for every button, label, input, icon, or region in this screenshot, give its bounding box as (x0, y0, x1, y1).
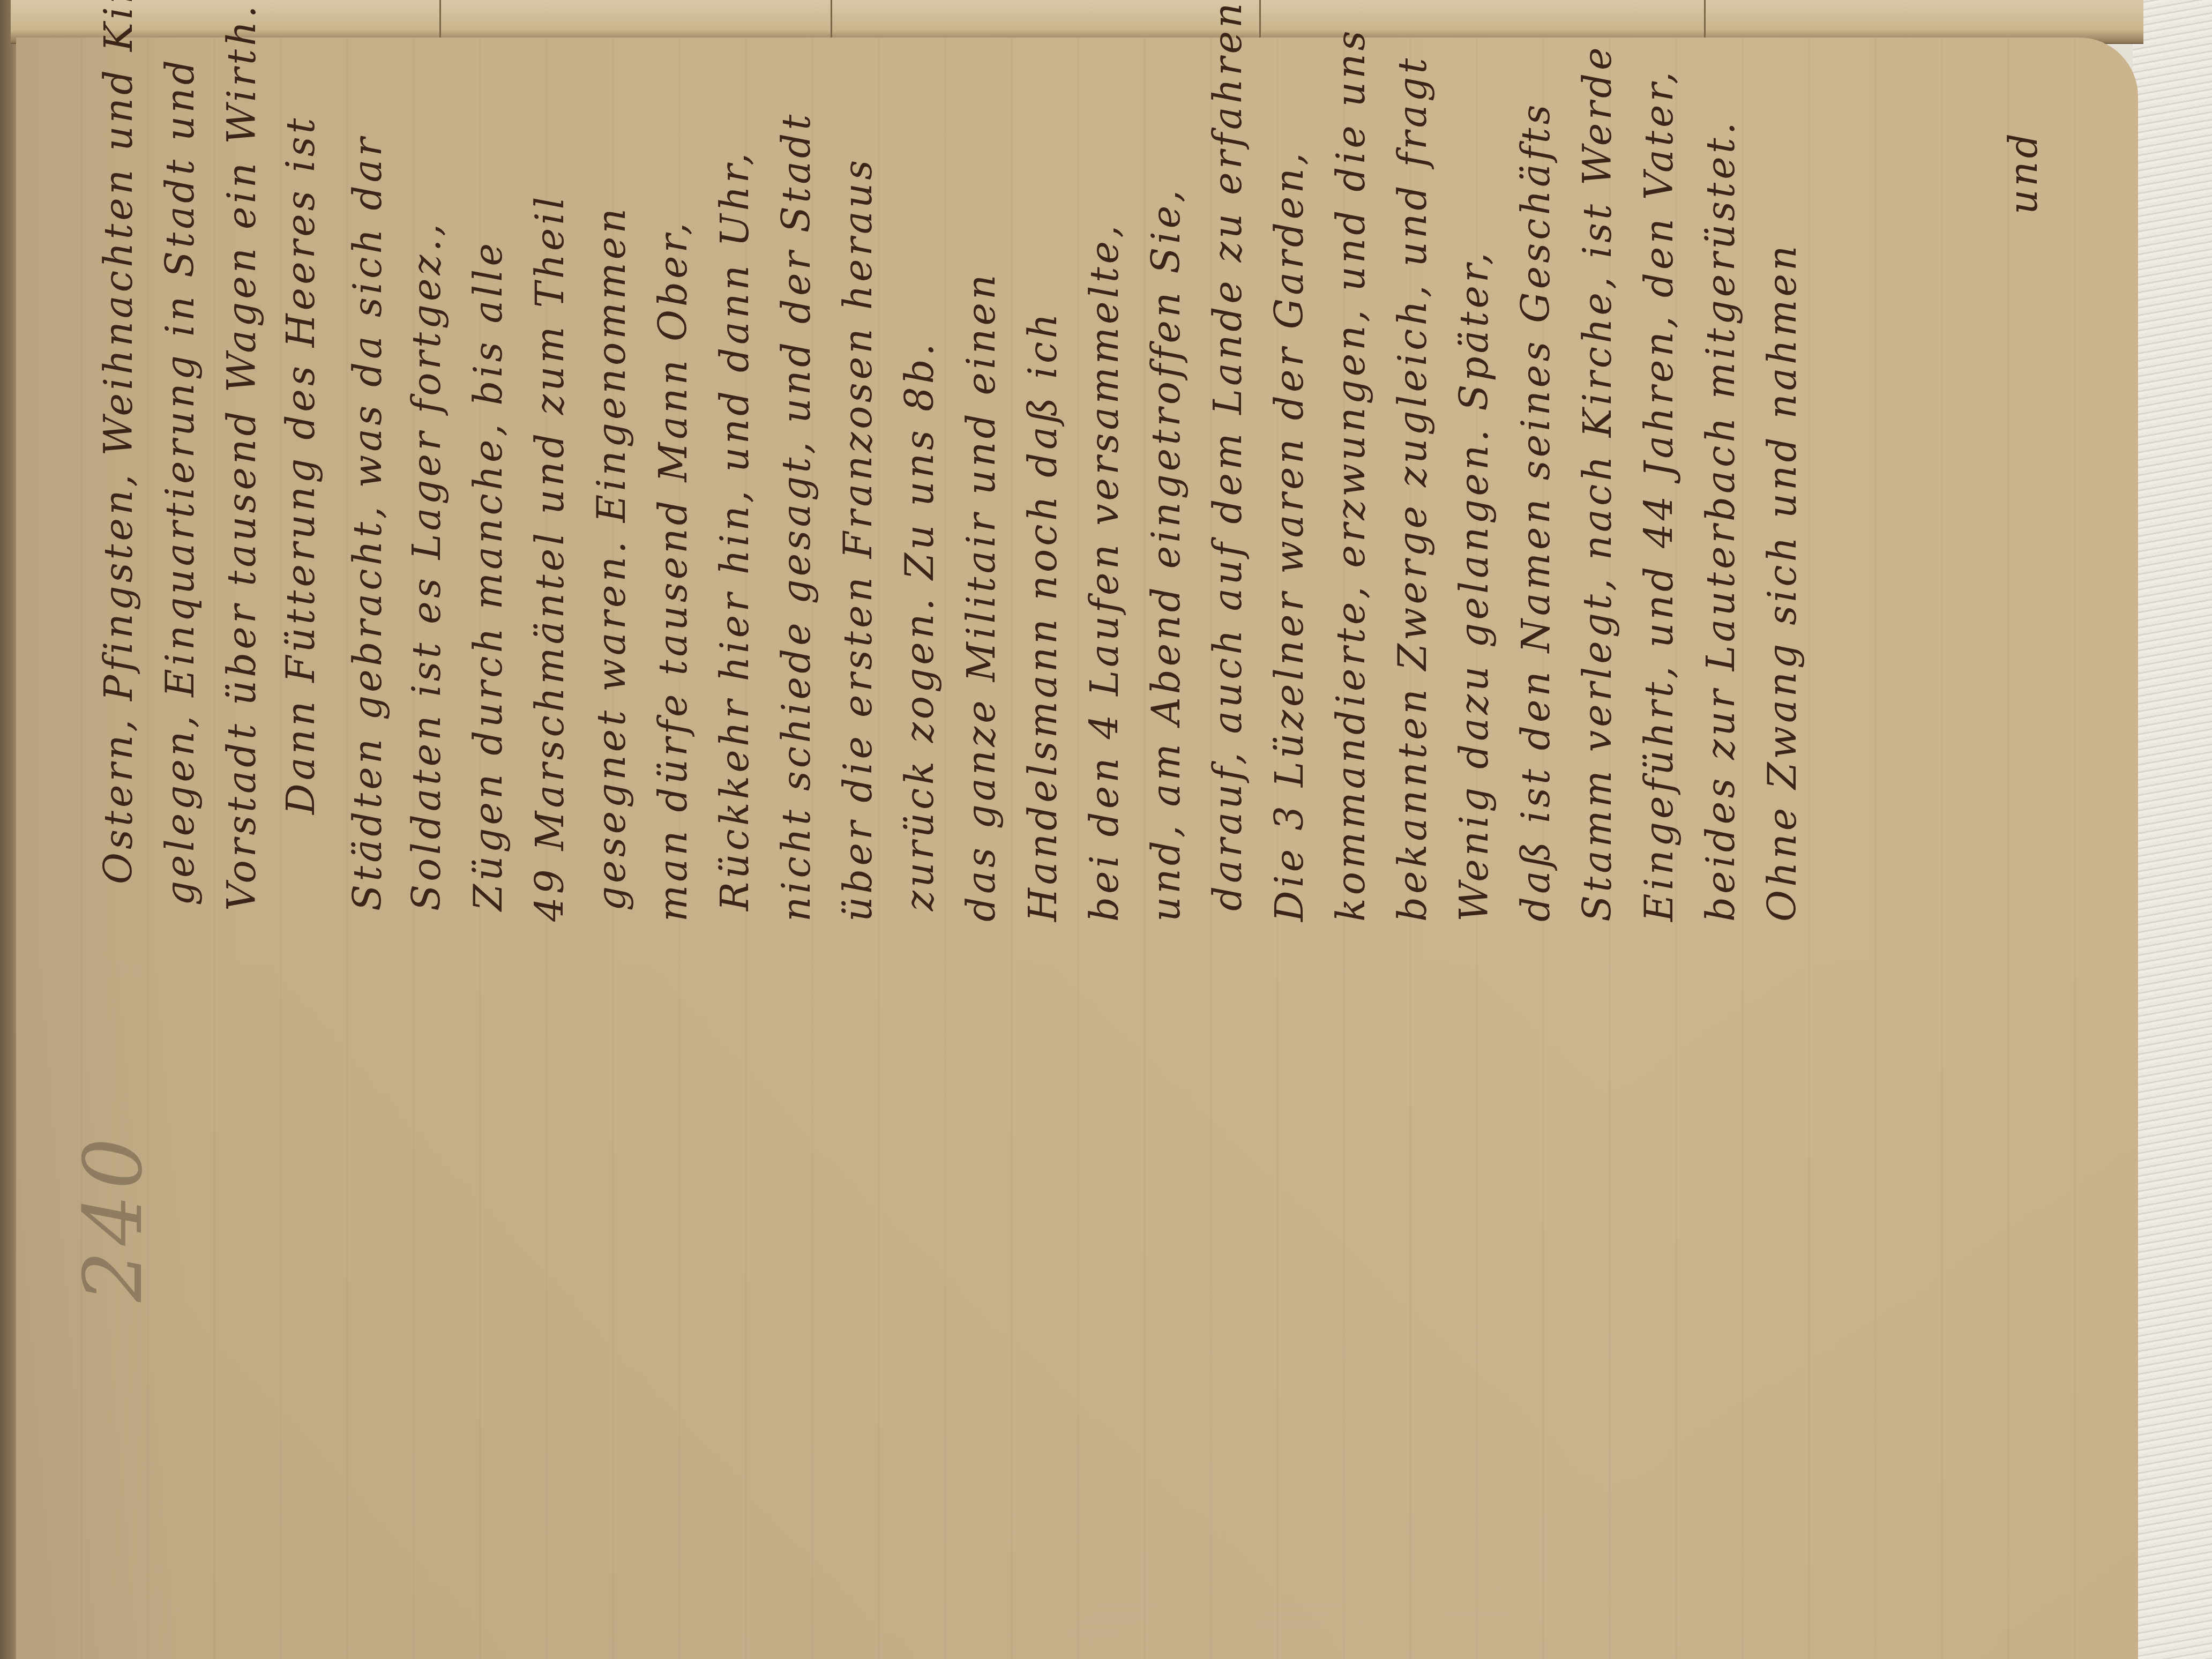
manuscript-line: gesegnet waren. Eingenommen (589, 205, 634, 911)
manuscript-line: Ohne Zwang sich und nahmen (1760, 243, 1805, 922)
manuscript-line: nicht schiede gesagt, und der Stadt (774, 111, 819, 922)
manuscript-page: 240 Ostern, Pfingsten, Weihnachten und K… (16, 38, 2138, 1659)
paper-crease (1704, 0, 1706, 43)
manuscript-line: Ostern, Pfingsten, Weihnachten und Kirch… (96, 0, 141, 884)
manuscript-line: Die 3 Lüzelner waren der Garden, (1267, 150, 1312, 922)
manuscript-line: 49 Marschmäntel und zum Theil (527, 194, 572, 922)
manuscript-line: daß ist den Namen seines Geschäfts (1513, 102, 1558, 922)
manuscript-line: Eingeführt, und 44 Jahren, den Vater, (1636, 69, 1682, 922)
manuscript-line: man dürfe tausend Mann Ober, (651, 220, 696, 922)
manuscript-line: bei den 4 Laufen versammelte, (1082, 222, 1127, 922)
manuscript-line: beides zur Lauterbach mitgerüstet. (1698, 119, 1743, 922)
manuscript-line: darauf, auch auf dem Lande zu erfahren. (1205, 0, 1250, 911)
manuscript-line: zurück zogen. Zu uns 8b. (897, 340, 942, 911)
manuscript-line: Dann Fütterung des Heeres ist (278, 115, 323, 814)
manuscript-line: Vorstadt über tausend Wagen ein Wirth. (219, 3, 264, 911)
manuscript-line: das ganze Militair und einen (959, 272, 1004, 922)
paper-crease (439, 0, 441, 43)
manuscript-line: Soldaten ist es Lager fortgez., (404, 221, 449, 911)
manuscript-line: gelegen, Einquartierung in Stadt und (158, 57, 203, 906)
catchword-text: und (2001, 130, 2046, 214)
manuscript-line: Rückkehr hier hin, und dann Uhr, (712, 150, 757, 911)
manuscript-line: kommandierte, erzwungen, und die uns (1328, 28, 1373, 922)
page-number: 240 (67, 1133, 160, 1302)
paper-crease (831, 0, 832, 43)
manuscript-line: und, am Abend eingetroffen Sie, (1144, 187, 1189, 922)
manuscript-line: Handelsmann noch daß ich (1020, 310, 1065, 922)
manuscript-line: Wenig dazu gelangen. Später, (1452, 250, 1497, 922)
paper-crease (1259, 0, 1261, 43)
manuscript-line: Stamm verlegt, nach Kirche, ist Werde (1575, 44, 1620, 922)
background-fabric (2133, 0, 2212, 1659)
manuscript-line: über die ersten Franzosen heraus (835, 157, 880, 922)
manuscript-line: Städten gebracht, was da sich dar (345, 134, 390, 911)
manuscript-line: Zügen durch manche, bis alle (466, 240, 511, 911)
manuscript-line: bekannten Zwerge zugleich, und fragt (1390, 55, 1435, 922)
